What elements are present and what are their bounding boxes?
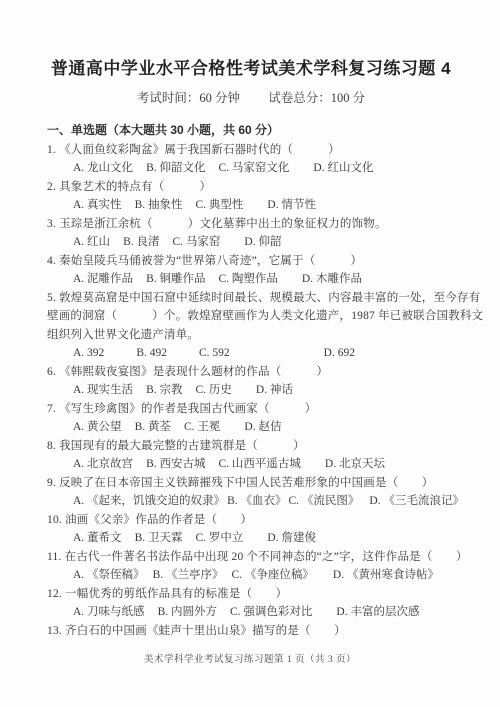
exam-document-page: 普通高中学业水平合格性考试美术学科复习练习题 4 考试时间：60 分钟 试卷总分… bbox=[0, 0, 500, 707]
question-option: C. 典型性 bbox=[195, 196, 243, 215]
question-option: D. 仰韶 bbox=[244, 233, 281, 252]
question-options: A. 红山B. 良渚C. 马家窑D. 仰韶 bbox=[47, 233, 455, 252]
question-text: 12. 一幅优秀的剪纸作品具有的标准是（ ） bbox=[47, 585, 455, 604]
question-option: B. 宗教 bbox=[146, 381, 182, 400]
question-option: C. 山西平遥古城 bbox=[218, 455, 300, 474]
question-block: 4. 秦始皇陵兵马俑被誉为“世界第八奇迹”，它属于（ ）A. 泥雕作品B. 铜雕… bbox=[47, 252, 455, 289]
question-text: 7. 《写生珍禽图》的作者是我国古代画家（ ） bbox=[47, 400, 455, 419]
question-option: B. 良渚 bbox=[123, 233, 159, 252]
question-option: C. 《争座位稿》 bbox=[231, 566, 313, 585]
question-option: A. 392 bbox=[73, 344, 104, 363]
question-block: 5. 敦煌莫高窟是中国石窟中延续时间最长、规模最大、内容最丰富的一处，至今存有壁… bbox=[47, 289, 455, 363]
question-block: 7. 《写生珍禽图》的作者是我国古代画家（ ）A. 黄公望B. 黄荃C. 王冕D… bbox=[47, 400, 455, 437]
question-option: A. 刀味与纸感 bbox=[73, 603, 145, 622]
page-footer: 美术学科学业考试复习练习题第 1 页（共 3 页） bbox=[0, 654, 500, 666]
question-option: A. 真实性 bbox=[73, 196, 122, 215]
question-options: A. 黄公望B. 黄荃C. 王冕D. 赵佶 bbox=[47, 418, 455, 437]
question-option: A. 董希文 bbox=[73, 529, 122, 548]
question-option: B. 492 bbox=[136, 344, 167, 363]
question-option: B. 《血衣》 bbox=[227, 492, 286, 511]
question-text: 10. 油画《父亲》作品的作者是（ ） bbox=[47, 511, 455, 530]
question-text: 11. 在古代一件著名书法作品中出现 20 个不同神态的“之”字，这件作品是（ … bbox=[47, 548, 455, 567]
question-option: D. 詹建俊 bbox=[267, 529, 316, 548]
question-option: A. 《起来，饥饿交迫的奴隶》 bbox=[73, 492, 225, 511]
question-option: A. 黄公望 bbox=[73, 418, 122, 437]
question-block: 3. 玉琮是浙江余杭（ ）文化墓葬中出土的象征权力的饰物。A. 红山B. 良渚C… bbox=[47, 215, 455, 252]
question-options: A. 刀味与纸感B. 内圆外方C. 强调色彩对比D. 丰富的层次感 bbox=[47, 603, 455, 622]
question-options: A. 泥雕作品B. 铜雕作品C. 陶塑作品D. 木雕作品 bbox=[47, 270, 455, 289]
question-block: 11. 在古代一件著名书法作品中出现 20 个不同神态的“之”字，这件作品是（ … bbox=[47, 548, 455, 585]
exam-total-label: 试卷总分：100 分 bbox=[268, 91, 365, 105]
question-option: B. 抽象性 bbox=[135, 196, 183, 215]
question-option: C. 《流民图》 bbox=[288, 492, 359, 511]
question-text: 13. 齐白石的中国画《蛙声十里出山泉》描写的是（ ） bbox=[47, 622, 455, 641]
question-text: 1. 《人面鱼纹彩陶盆》属于我国新石器时代的（ ） bbox=[47, 141, 455, 160]
question-options: A. 龙山文化B. 仰韶文化C. 马家窑文化D. 红山文化 bbox=[47, 159, 455, 178]
question-block: 2. 具象艺术的特点有（ ）A. 真实性B. 抽象性C. 典型性D. 情节性 bbox=[47, 178, 455, 215]
question-block: 8. 我国现有的最大最完整的古建筑群是（ ）A. 北京故宫B. 西安古城C. 山… bbox=[47, 437, 455, 474]
question-option: D. 692 bbox=[324, 344, 355, 363]
question-text: 组织列入世界文化遗产清单。 bbox=[47, 326, 455, 345]
question-option: C. 王冕 bbox=[184, 418, 220, 437]
question-text: 6. 《韩熙载夜宴图》是表现什么题材的作品（ ） bbox=[47, 363, 455, 382]
question-option: B. 铜雕作品 bbox=[146, 270, 205, 289]
question-option: A. 泥雕作品 bbox=[73, 270, 133, 289]
question-text: 2. 具象艺术的特点有（ ） bbox=[47, 178, 455, 197]
exam-info: 考试时间：60 分钟 试卷总分：100 分 bbox=[47, 90, 455, 107]
question-options: A. 392B. 492C. 592D. 692 bbox=[47, 344, 455, 363]
exam-time-label: 考试时间：60 分钟 bbox=[137, 91, 240, 105]
question-option: C. 强调色彩对比 bbox=[230, 603, 312, 622]
question-options: A. 《起来，饥饿交迫的奴隶》B. 《血衣》C. 《流民图》D. 《三毛流浪记》 bbox=[47, 492, 455, 511]
question-text: 3. 玉琮是浙江余杭（ ）文化墓葬中出土的象征权力的饰物。 bbox=[47, 215, 455, 234]
question-option: B. 《兰亭序》 bbox=[153, 566, 224, 585]
question-option: B. 内圆外方 bbox=[158, 603, 217, 622]
question-option: D. 木雕作品 bbox=[302, 270, 362, 289]
question-option: B. 卫天霖 bbox=[135, 529, 183, 548]
question-options: A. 董希文B. 卫天霖C. 罗中立D. 詹建俊 bbox=[47, 529, 455, 548]
question-options: A. 《祭侄稿》B. 《兰亭序》C. 《争座位稿》D. 《黄州寒食诗帖》 bbox=[47, 566, 455, 585]
question-option: D. 《三毛流浪记》 bbox=[369, 492, 464, 511]
question-text: 壁画的洞窟（ ）个。敦煌窟壁画作为人类文化遗产，1987 年已被联合国教科文 bbox=[47, 307, 455, 326]
question-option: A. 红山 bbox=[73, 233, 110, 252]
question-option: B. 西安古城 bbox=[146, 455, 205, 474]
question-option: D. 北京天坛 bbox=[325, 455, 385, 474]
question-option: C. 马家窑文化 bbox=[218, 159, 289, 178]
question-text: 5. 敦煌莫高窟是中国石窟中延续时间最长、规模最大、内容最丰富的一处，至今存有 bbox=[47, 289, 455, 308]
question-option: A. 《祭侄稿》 bbox=[73, 566, 145, 585]
question-option: D. 红山文化 bbox=[313, 159, 373, 178]
question-option: D. 神话 bbox=[256, 381, 293, 400]
question-option: C. 罗中立 bbox=[195, 529, 243, 548]
question-block: 9. 反映了在日本帝国主义铁蹄摧残下中国人民苦难形象的中国画是（ ）A. 《起来… bbox=[47, 474, 455, 511]
question-option: D. 《黄州寒食诗帖》 bbox=[333, 566, 439, 585]
question-block: 10. 油画《父亲》作品的作者是（ ）A. 董希文B. 卫天霖C. 罗中立D. … bbox=[47, 511, 455, 548]
question-options: A. 北京故宫B. 西安古城C. 山西平遥古城D. 北京天坛 bbox=[47, 455, 455, 474]
question-option: A. 北京故宫 bbox=[73, 455, 133, 474]
question-text: 4. 秦始皇陵兵马俑被誉为“世界第八奇迹”，它属于（ ） bbox=[47, 252, 455, 271]
question-option: B. 仰韶文化 bbox=[146, 159, 205, 178]
question-option: B. 黄荃 bbox=[135, 418, 171, 437]
question-block: 1. 《人面鱼纹彩陶盆》属于我国新石器时代的（ ）A. 龙山文化B. 仰韶文化C… bbox=[47, 141, 455, 178]
question-options: A. 真实性B. 抽象性C. 典型性D. 情节性 bbox=[47, 196, 455, 215]
question-option: C. 历史 bbox=[195, 381, 231, 400]
question-option: A. 龙山文化 bbox=[73, 159, 133, 178]
section-header: 一、单选题（本大题共 30 小题，共 60 分） bbox=[47, 121, 455, 140]
question-options: A. 现实生活B. 宗教C. 历史D. 神话 bbox=[47, 381, 455, 400]
question-option: C. 马家窑 bbox=[172, 233, 220, 252]
question-text: 8. 我国现有的最大最完整的古建筑群是（ ） bbox=[47, 437, 455, 456]
questions-list: 1. 《人面鱼纹彩陶盆》属于我国新石器时代的（ ）A. 龙山文化B. 仰韶文化C… bbox=[47, 141, 455, 641]
question-text: 9. 反映了在日本帝国主义铁蹄摧残下中国人民苦难形象的中国画是（ ） bbox=[47, 474, 455, 493]
page-title: 普通高中学业水平合格性考试美术学科复习练习题 4 bbox=[47, 58, 455, 80]
question-option: D. 赵佶 bbox=[244, 418, 281, 437]
question-block: 13. 齐白石的中国画《蛙声十里出山泉》描写的是（ ） bbox=[47, 622, 455, 641]
question-block: 6. 《韩熙载夜宴图》是表现什么题材的作品（ ）A. 现实生活B. 宗教C. 历… bbox=[47, 363, 455, 400]
question-block: 12. 一幅优秀的剪纸作品具有的标准是（ ）A. 刀味与纸感B. 内圆外方C. … bbox=[47, 585, 455, 622]
question-option: C. 592 bbox=[199, 344, 230, 363]
question-option: C. 陶塑作品 bbox=[218, 270, 277, 289]
question-option: A. 现实生活 bbox=[73, 381, 133, 400]
question-option: D. 情节性 bbox=[267, 196, 316, 215]
question-option: D. 丰富的层次感 bbox=[336, 603, 419, 622]
